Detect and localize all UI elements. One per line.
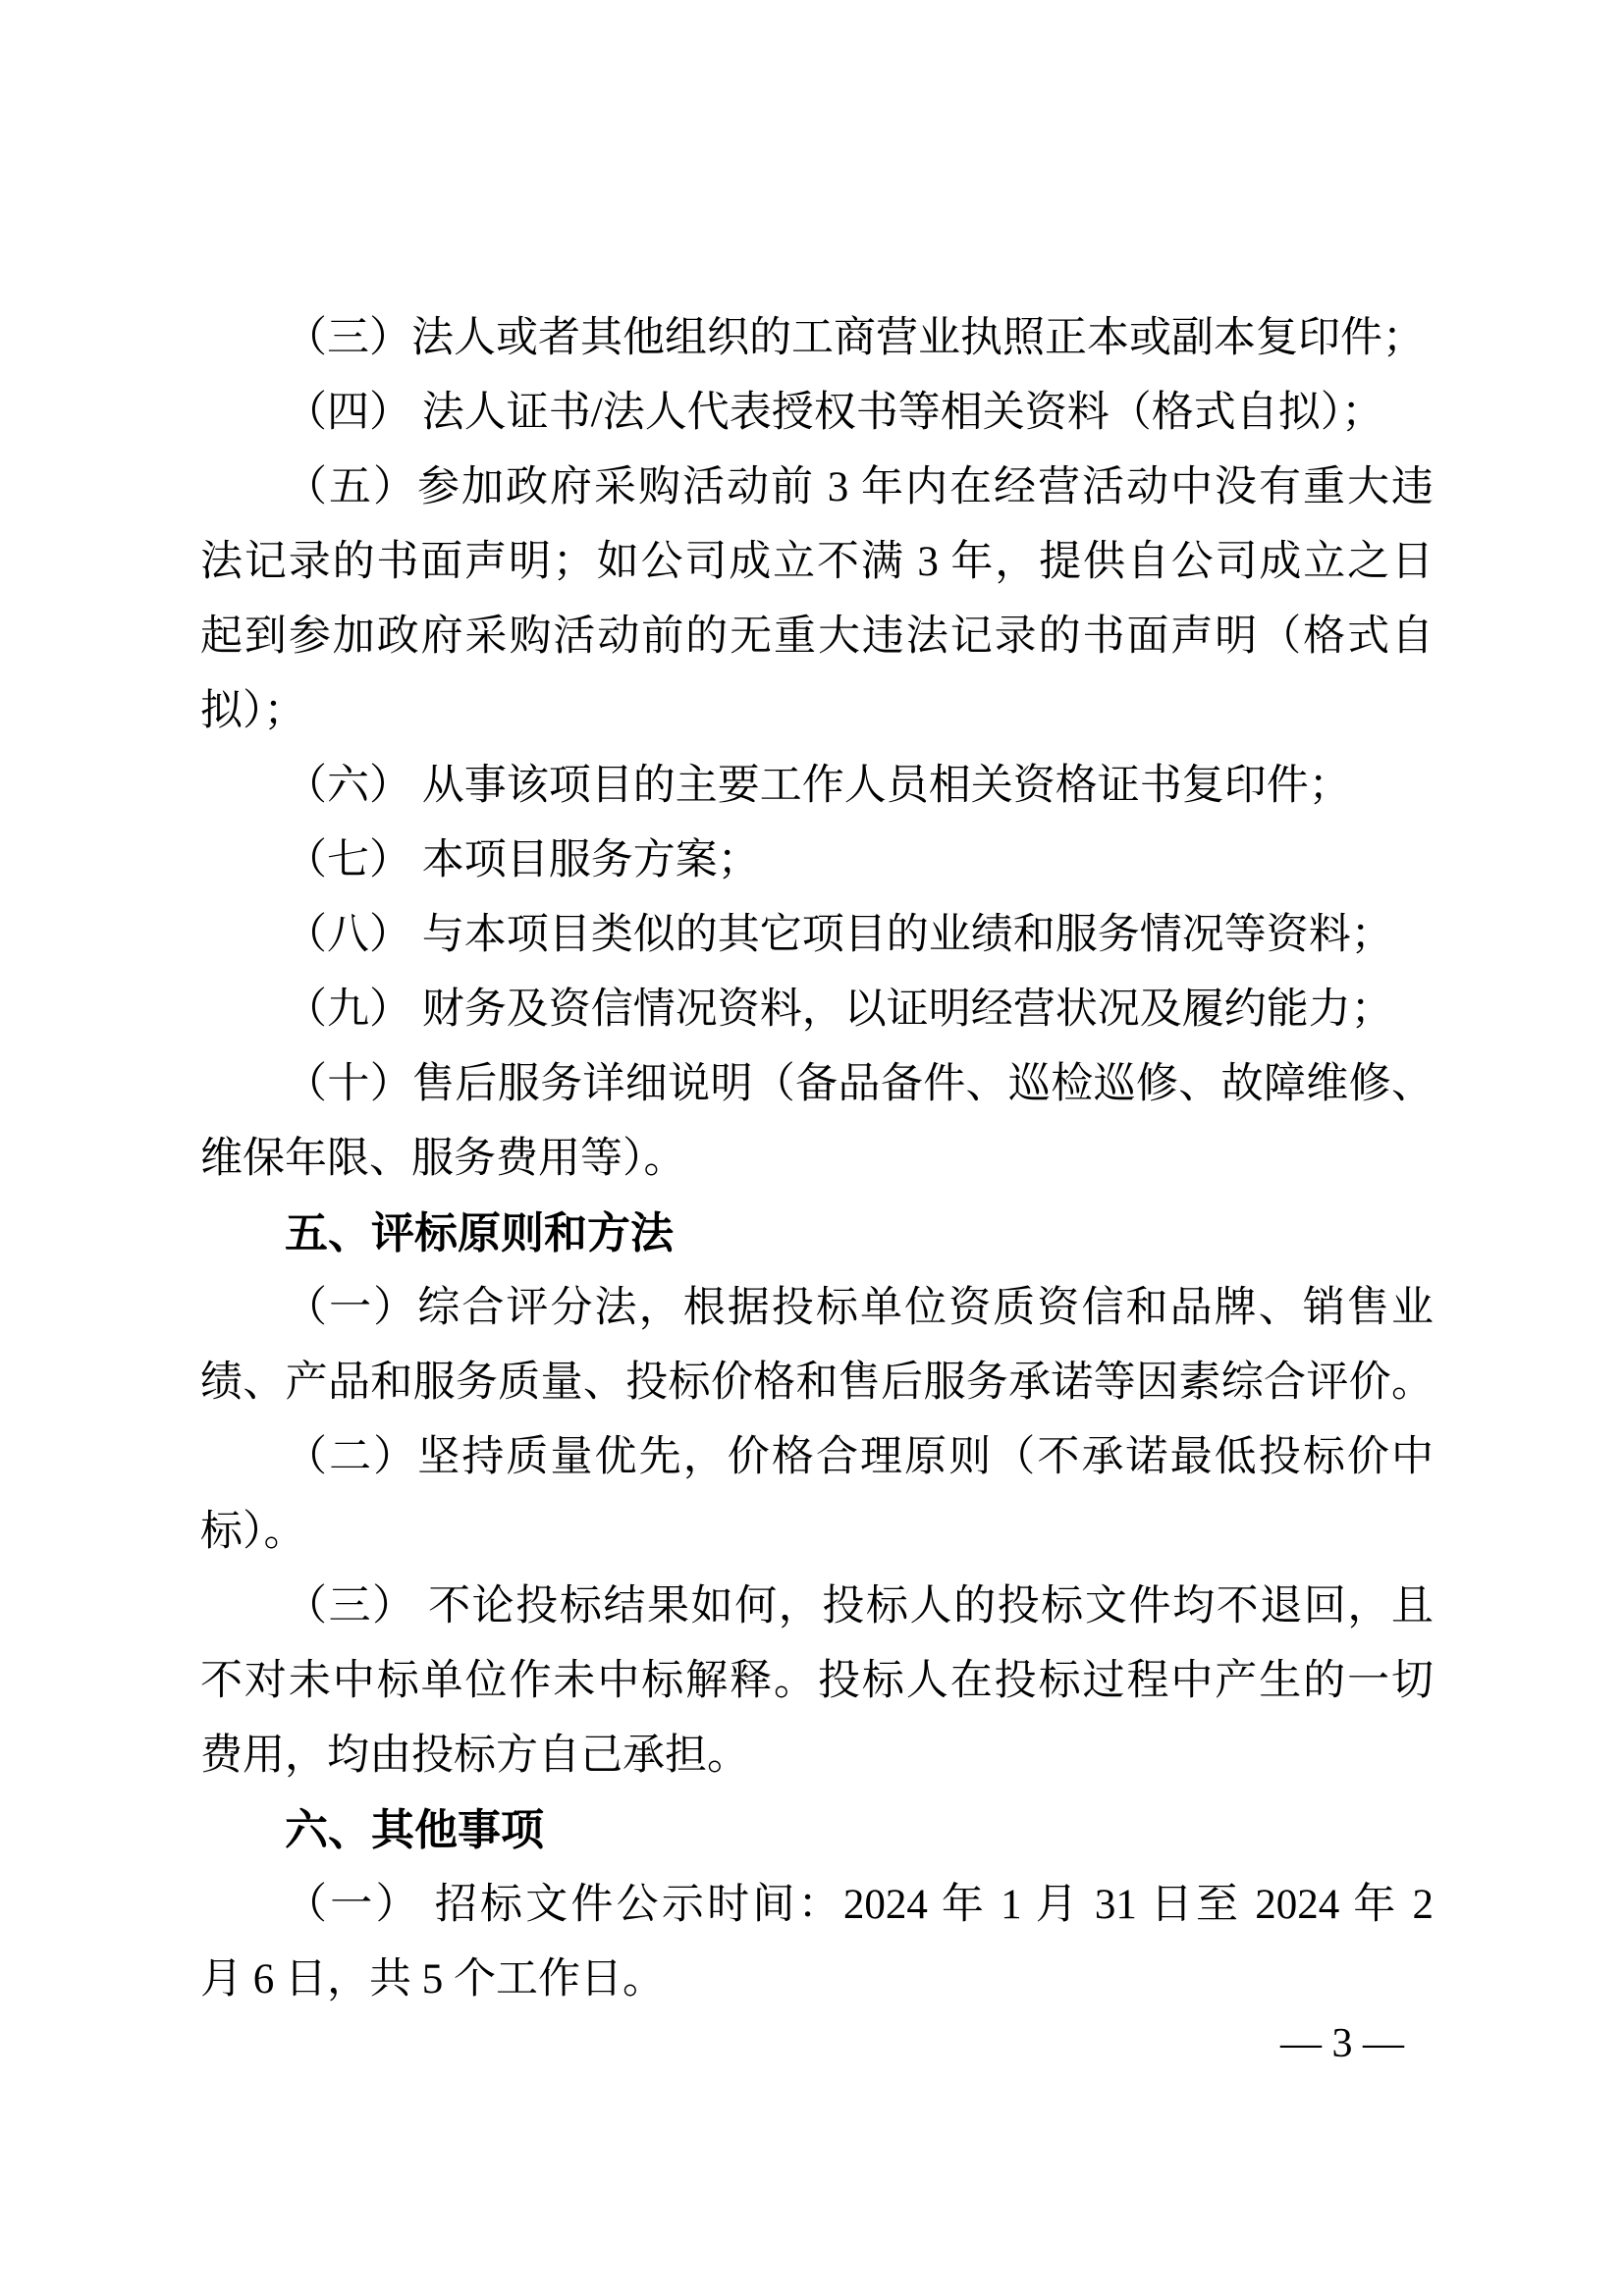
text-line: （七） 本项目服务方案； [200, 824, 1434, 898]
text-line: 不对未中标单位作未中标解释。投标人在投标过程中产生的一切 [200, 1644, 1434, 1719]
text-line: （三） 不论投标结果如何，投标人的投标文件均不退回，且 [200, 1570, 1434, 1644]
text-line: 绩、产品和服务质量、投标价格和售后服务承诺等因素综合评价。 [200, 1346, 1434, 1420]
text-line: （十）售后服务详细说明（备品备件、巡检巡修、故障维修、 [200, 1047, 1434, 1122]
text-line: （一）综合评分法，根据投标单位资质资信和品牌、销售业 [200, 1271, 1434, 1346]
text-line: （九） 财务及资信情况资料，以证明经营状况及履约能力； [200, 973, 1434, 1047]
text-line: 月 6 日，共 5 个工作日。 [200, 1943, 1434, 2017]
section-heading: 五、评标原则和方法 [200, 1197, 1434, 1271]
section-heading: 六、其他事项 [200, 1793, 1434, 1868]
text-line: 费用，均由投标方自己承担。 [200, 1719, 1434, 1793]
text-line: （一） 招标文件公示时间：2024 年 1 月 31 日至 2024 年 2 [200, 1868, 1434, 1943]
page-number: — 3 — [1280, 2006, 1404, 2081]
text-line: （三）法人或者其他组织的工商营业执照正本或副本复印件； [200, 301, 1434, 376]
text-line: 维保年限、服务费用等）。 [200, 1122, 1434, 1197]
text-line: （五）参加政府采购活动前 3 年内在经营活动中没有重大违 [200, 451, 1434, 525]
text-line: （四） 法人证书/法人代表授权书等相关资料（格式自拟）； [200, 376, 1434, 451]
document-body: （三）法人或者其他组织的工商营业执照正本或副本复印件；（四） 法人证书/法人代表… [200, 301, 1434, 2017]
text-line: 起到参加政府采购活动前的无重大违法记录的书面声明（格式自 [200, 600, 1434, 674]
text-line: 法记录的书面声明；如公司成立不满 3 年，提供自公司成立之日 [200, 525, 1434, 600]
text-line: 拟）； [200, 674, 1434, 749]
text-line: 标）。 [200, 1495, 1434, 1570]
text-line: （二）坚持质量优先，价格合理原则（不承诺最低投标价中 [200, 1420, 1434, 1495]
text-line: （六） 从事该项目的主要工作人员相关资格证书复印件； [200, 749, 1434, 824]
document-page: （三）法人或者其他组织的工商营业执照正本或副本复印件；（四） 法人证书/法人代表… [0, 0, 1624, 2296]
text-line: （八） 与本项目类似的其它项目的业绩和服务情况等资料； [200, 898, 1434, 973]
